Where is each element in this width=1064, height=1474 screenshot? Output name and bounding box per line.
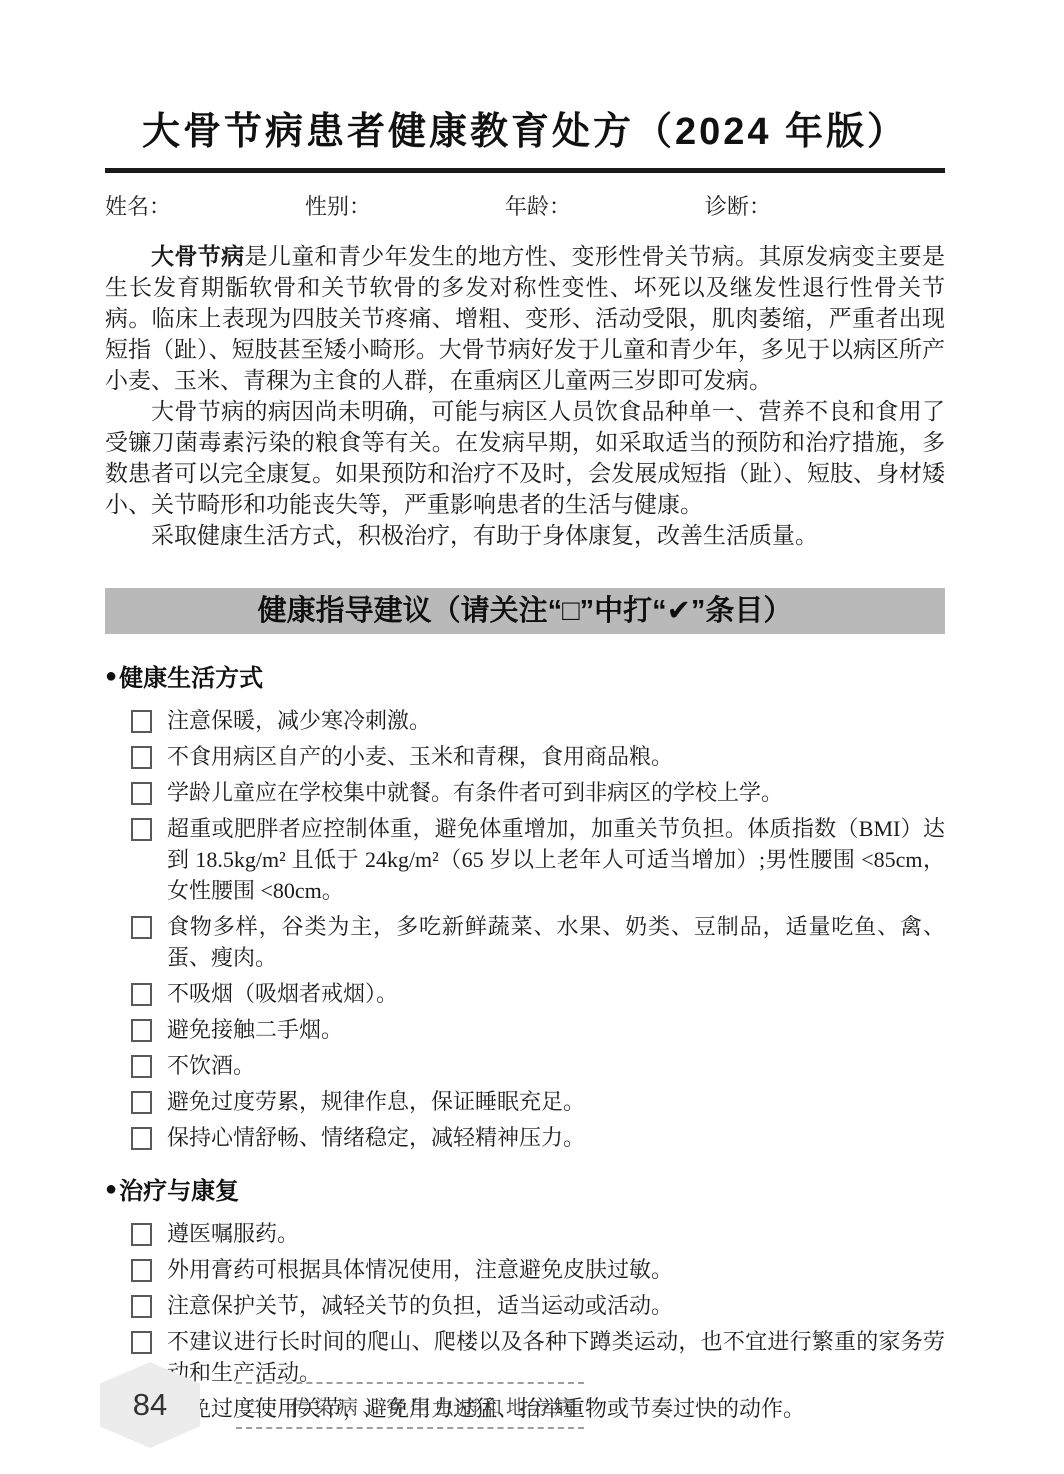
checklist-item-text: 注意保护关节，减轻关节的负担，适当运动或活动。 [167, 1290, 945, 1321]
checklist-item-text: 食物多样，谷类为主，多吃新鲜蔬菜、水果、奶类、豆制品，适量吃鱼、禽、蛋、瘦肉。 [167, 911, 945, 973]
checklist-item-text: 不吸烟（吸烟者戒烟）。 [167, 978, 945, 1009]
checklist-item-text: 避免过度劳累，规律作息，保证睡眠充足。 [167, 1086, 945, 1117]
checklist-item-text: 遵医嘱服药。 [167, 1218, 945, 1249]
page-footer: 84 二、传染病、寄生虫病和地方病 [100, 1362, 584, 1448]
guidance-banner: 健康指导建议（请关注“□”中打“✔”条目） [105, 588, 945, 634]
field-label: 姓名： [105, 190, 171, 221]
checkbox[interactable] [131, 1331, 152, 1354]
page-number-badge: 84 [100, 1362, 200, 1448]
checklist-item: 保持心情舒畅、情绪稳定，减轻精神压力。 [131, 1122, 945, 1153]
bullet-icon: ● [105, 666, 117, 686]
checklist-item: 注意保护关节，减轻关节的负担，适当运动或活动。 [131, 1290, 945, 1321]
checklist-item: 食物多样，谷类为主，多吃新鲜蔬菜、水果、奶类、豆制品，适量吃鱼、禽、蛋、瘦肉。 [131, 911, 945, 973]
banner-text: 健康指导建议（请关注“□”中打“✔”条目） [258, 595, 793, 627]
checklist-item-text: 注意保暖，减少寒冷刺激。 [167, 705, 945, 736]
patient-info-field: 姓名： [105, 190, 305, 221]
page-title: 大骨节病患者健康教育处方（2024 年版） [105, 100, 945, 155]
checkbox[interactable] [131, 1055, 152, 1078]
checklist-item: 不吸烟（吸烟者戒烟）。 [131, 978, 945, 1009]
field-label: 年龄： [505, 190, 571, 221]
checklist-item: 外用膏药可根据具体情况使用，注意避免皮肤过敏。 [131, 1254, 945, 1285]
checkbox[interactable] [131, 916, 152, 939]
patient-info-field: 性别： [305, 190, 505, 221]
paragraph-lead: 大骨节病 [151, 243, 244, 269]
paragraph: 采取健康生活方式，积极治疗，有助于身体康复，改善生活质量。 [105, 520, 945, 551]
field-value-blank[interactable] [171, 190, 231, 214]
checklist-item: 不食用病区自产的小麦、玉米和青稞，食用商品粮。 [131, 741, 945, 772]
bullet-icon: ● [105, 1179, 117, 1199]
patient-info-row: 姓名： 性别： 年龄： 诊断： [105, 190, 945, 221]
field-value-blank[interactable] [371, 190, 431, 214]
checkbox[interactable] [131, 746, 152, 769]
checkbox[interactable] [131, 1223, 152, 1246]
checklist-item: 学龄儿童应在学校集中就餐。有条件者可到非病区的学校上学。 [131, 777, 945, 808]
paragraph-text: 采取健康生活方式，积极治疗，有助于身体康复，改善生活质量。 [151, 523, 818, 548]
checklist-healthy-lifestyle: 注意保暖，减少寒冷刺激。 不食用病区自产的小麦、玉米和青稞，食用商品粮。 学龄儿… [105, 705, 945, 1153]
checkbox[interactable] [131, 1295, 152, 1318]
checkbox[interactable] [131, 1091, 152, 1114]
checklist-item-text: 外用膏药可根据具体情况使用，注意避免皮肤过敏。 [167, 1254, 945, 1285]
section-heading: 治疗与康复 [119, 1171, 239, 1206]
paragraph: 大骨节病是儿童和青少年发生的地方性、变形性骨关节病。其原发病变主要是生长发育期骺… [105, 241, 945, 396]
title-divider [105, 168, 945, 173]
paragraph: 大骨节病的病因尚未明确，可能与病区人员饮食品种单一、营养不良和食用了受镰刀菌毒素… [105, 396, 945, 520]
checklist-item-text: 避免接触二手烟。 [167, 1014, 945, 1045]
checklist-item-text: 保持心情舒畅、情绪稳定，减轻精神压力。 [167, 1122, 945, 1153]
checklist-item-text: 超重或肥胖者应控制体重，避免体重增加，加重关节负担。体质指数（BMI）达到 18… [167, 813, 945, 906]
checklist-item-text: 不饮酒。 [167, 1050, 945, 1081]
checklist-item: 避免过度劳累，规律作息，保证睡眠充足。 [131, 1086, 945, 1117]
checklist-item-text: 学龄儿童应在学校集中就餐。有条件者可到非病区的学校上学。 [167, 777, 945, 808]
checklist-item: 不饮酒。 [131, 1050, 945, 1081]
footer-chapter-title: 二、传染病、寄生虫病和地方病 [236, 1382, 584, 1429]
checkbox[interactable] [131, 782, 152, 805]
field-label: 诊断： [705, 190, 771, 221]
checklist-item: 注意保暖，减少寒冷刺激。 [131, 705, 945, 736]
checklist-item: 遵医嘱服药。 [131, 1218, 945, 1249]
checklist-item: 超重或肥胖者应控制体重，避免体重增加，加重关节负担。体质指数（BMI）达到 18… [131, 813, 945, 906]
checkbox[interactable] [131, 1127, 152, 1150]
paragraph-text: 大骨节病的病因尚未明确，可能与病区人员饮食品种单一、营养不良和食用了受镰刀菌毒素… [105, 399, 945, 517]
page-number: 84 [133, 1387, 167, 1423]
checkbox[interactable] [131, 710, 152, 733]
section-healthy-lifestyle: ● 健康生活方式 注意保暖，减少寒冷刺激。 不食用病区自产的小麦、玉米和青稞，食… [105, 658, 945, 1153]
checkbox[interactable] [131, 1019, 152, 1042]
patient-info-field: 诊断： [705, 190, 905, 221]
section-heading-row: ● 治疗与康复 [105, 1171, 945, 1206]
field-value-blank[interactable] [771, 190, 831, 214]
section-heading: 健康生活方式 [119, 658, 263, 693]
checkbox[interactable] [131, 818, 152, 841]
field-label: 性别： [305, 190, 371, 221]
section-heading-row: ● 健康生活方式 [105, 658, 945, 693]
field-value-blank[interactable] [571, 190, 631, 214]
checkbox[interactable] [131, 1259, 152, 1282]
checklist-item-text: 不食用病区自产的小麦、玉米和青稞，食用商品粮。 [167, 741, 945, 772]
checkbox[interactable] [131, 983, 152, 1006]
document-page: 大骨节病患者健康教育处方（2024 年版） 姓名： 性别： 年龄： 诊断： [0, 0, 1064, 1474]
intro-paragraphs: 大骨节病是儿童和青少年发生的地方性、变形性骨关节病。其原发病变主要是生长发育期骺… [105, 241, 945, 551]
patient-info-field: 年龄： [505, 190, 705, 221]
checklist-item: 避免接触二手烟。 [131, 1014, 945, 1045]
